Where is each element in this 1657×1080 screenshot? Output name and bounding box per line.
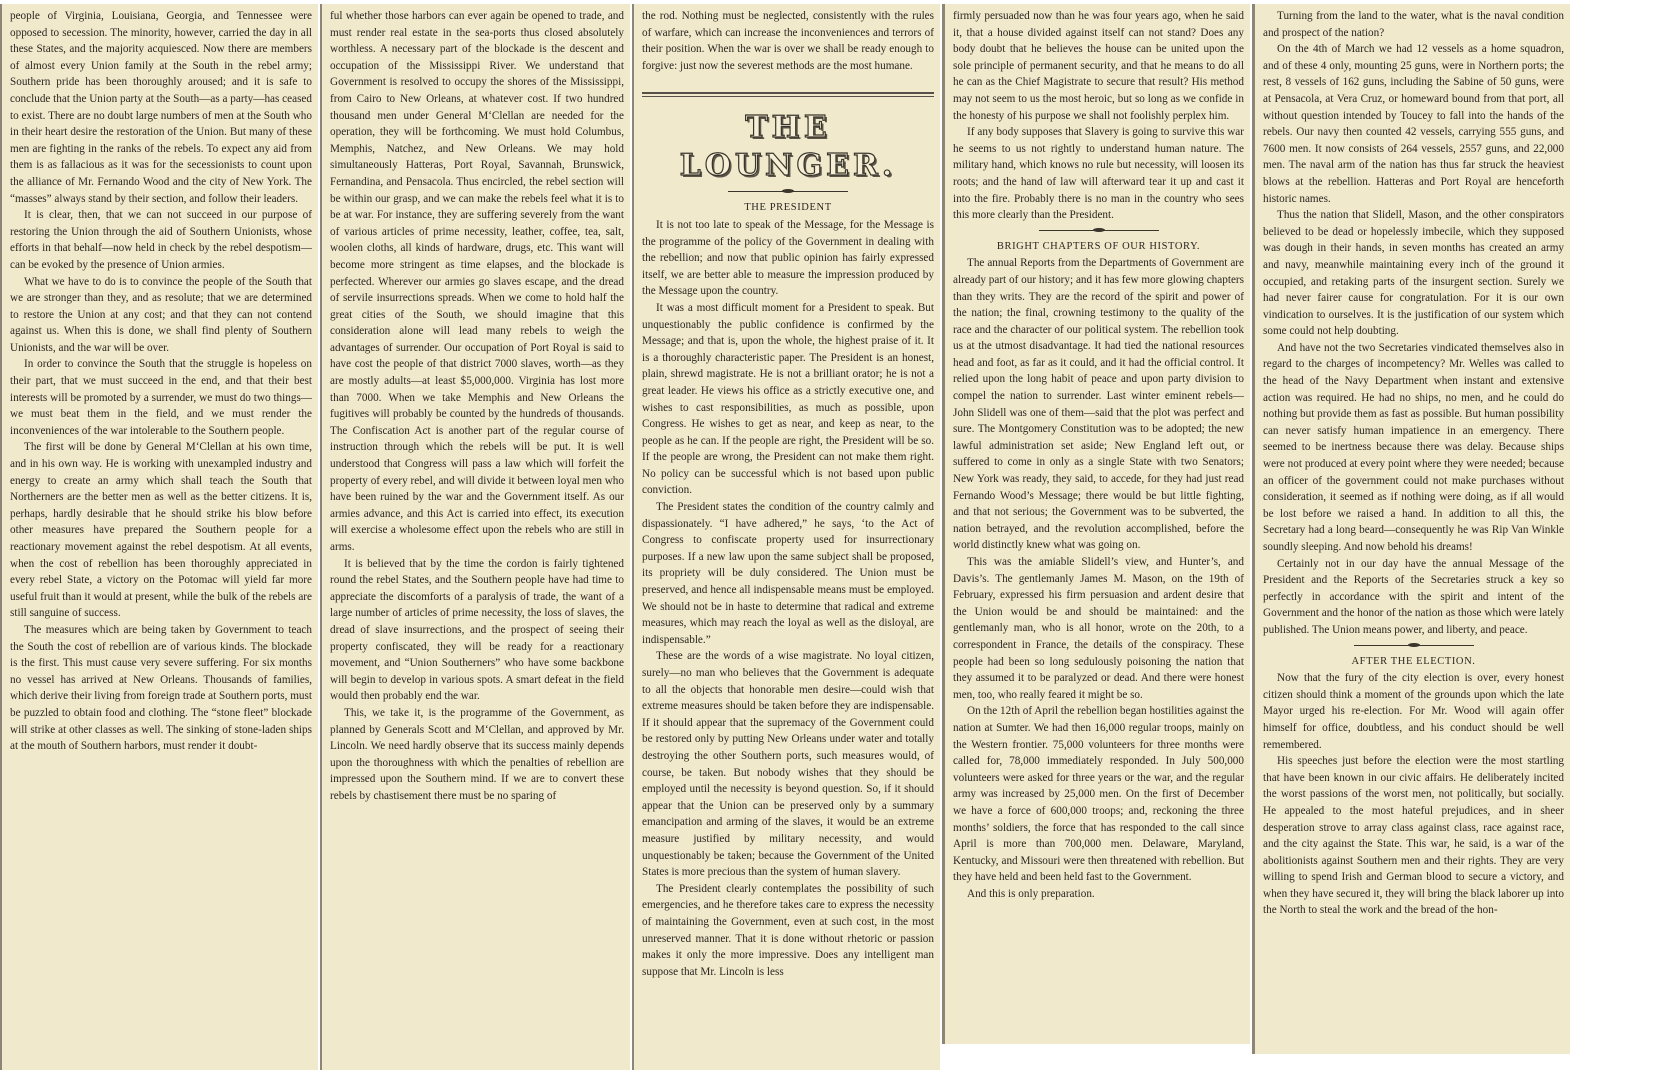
paragraph: On the 12th of April the rebellion began… [953, 703, 1244, 886]
paragraph: And this is only preparation. [953, 886, 1244, 903]
paragraph: His speeches just before the election we… [1263, 753, 1564, 919]
paragraph: The President clearly contemplates the p… [642, 881, 934, 981]
ornament-divider [1039, 230, 1159, 231]
column-3: the rod. Nothing must be neglected, cons… [632, 4, 940, 1070]
paragraph: The President states the condition of th… [642, 499, 934, 648]
paragraph: Turning from the land to the water, what… [1263, 8, 1564, 41]
column-5: Turning from the land to the water, what… [1252, 4, 1570, 1054]
paragraph: ful whether those harbors can ever again… [330, 8, 624, 556]
paragraph: In order to convince the South that the … [10, 356, 312, 439]
ornament-divider [728, 191, 848, 192]
section-heading: THE PRESIDENT [642, 200, 934, 217]
paragraph: The first will be done by General M‘Clel… [10, 439, 312, 622]
column-1: people of Virginia, Louisiana, Georgia, … [0, 4, 318, 1070]
section-heading: AFTER THE ELECTION. [1263, 654, 1564, 671]
paragraph: people of Virginia, Louisiana, Georgia, … [10, 8, 312, 207]
paragraph: If any body supposes that Slavery is goi… [953, 124, 1244, 224]
paragraph: On the 4th of March we had 12 vessels as… [1263, 41, 1564, 207]
paragraph: It was a most difficult moment for a Pre… [642, 300, 934, 499]
paragraph: Now that the fury of the city election i… [1263, 670, 1564, 753]
paragraph: It is clear, then, that we can not succe… [10, 207, 312, 273]
paragraph: These are the words of a wise magistrate… [642, 648, 934, 880]
ornament-divider [1354, 645, 1474, 646]
column-2: ful whether those harbors can ever again… [320, 4, 630, 1070]
paragraph: This was the amiable Slidell’s view, and… [953, 554, 1244, 703]
paragraph: What we have to do is to convince the pe… [10, 274, 312, 357]
column-4: firmly persuaded now than he was four ye… [942, 4, 1250, 1044]
paragraph: The measures which are being taken by Go… [10, 622, 312, 755]
masthead-title: THE LOUNGER. [642, 109, 934, 185]
paragraph: It is not too late to speak of the Messa… [642, 217, 934, 300]
section-heading: BRIGHT CHAPTERS OF OUR HISTORY. [953, 239, 1244, 256]
paragraph: Thus the nation that Slidell, Mason, and… [1263, 207, 1564, 340]
paragraph: This, we take it, is the programme of th… [330, 705, 624, 805]
paragraph: the rod. Nothing must be neglected, cons… [642, 8, 934, 74]
paragraph: firmly persuaded now than he was four ye… [953, 8, 1244, 124]
paragraph: And have not the two Secretaries vindica… [1263, 340, 1564, 556]
paragraph: Certainly not in our day have the annual… [1263, 556, 1564, 639]
masthead-rule [642, 92, 934, 97]
paragraph: The annual Reports from the Departments … [953, 255, 1244, 554]
paragraph: It is believed that by the time the cord… [330, 556, 624, 705]
newspaper-page: people of Virginia, Louisiana, Georgia, … [0, 0, 1657, 1080]
